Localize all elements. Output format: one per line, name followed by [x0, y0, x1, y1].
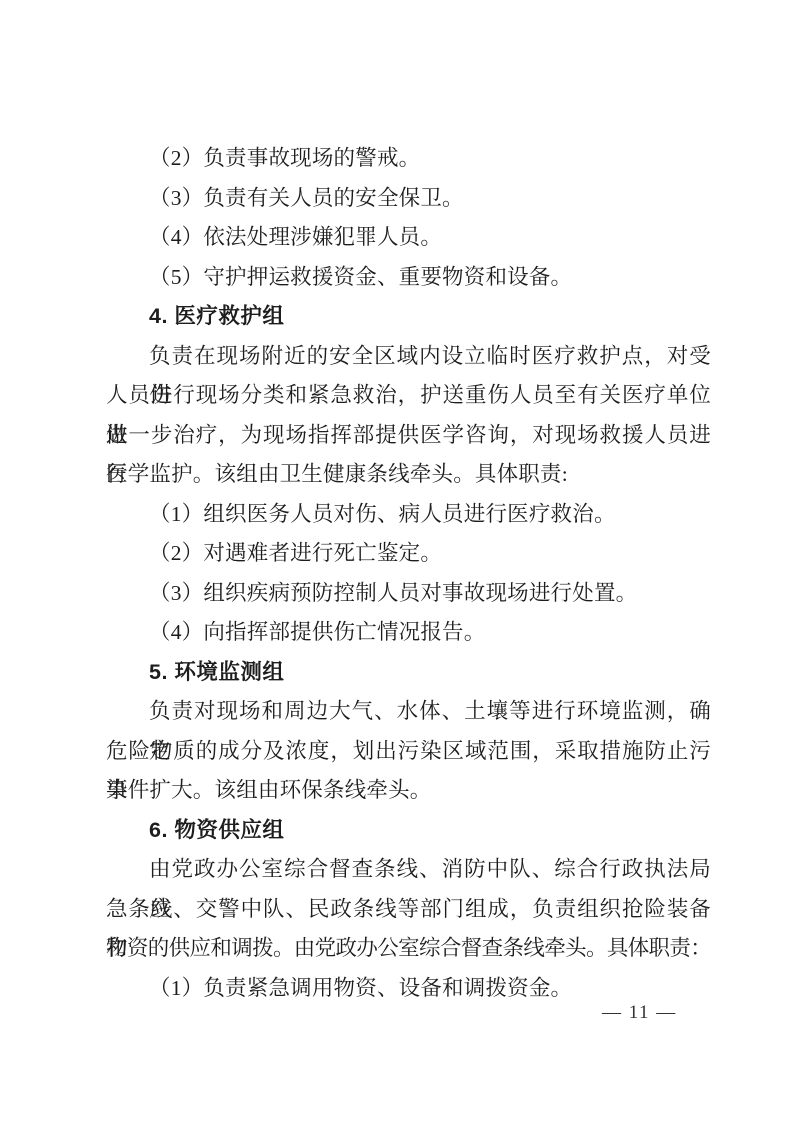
list-item-line: （5）守护押运救援资金、重要物资和设备。 — [106, 258, 711, 298]
paragraph-line: 人员进行现场分类和紧急救治，护送重伤人员至有关医疗单位做 — [106, 376, 711, 416]
paragraph-line: 物资的供应和调拨。由党政办公室综合督查条线牵头。具体职责： — [106, 929, 711, 969]
list-item-line: （2）对遇难者进行死亡鉴定。 — [106, 534, 711, 574]
paragraph-line: 由党政办公室综合督查条线、消防中队、综合行政执法局应 — [106, 850, 711, 890]
list-item-line: （4）向指挥部提供伤亡情况报告。 — [106, 613, 711, 653]
paragraph-line: 事件扩大。该组由环保条线牵头。 — [106, 771, 711, 811]
paragraph-line: 进一步治疗，为现场指挥部提供医学咨询，对现场救援人员进行 — [106, 416, 711, 456]
paragraph-line: 负责对现场和周边大气、水体、土壤等进行环境监测，确定 — [106, 692, 711, 732]
list-item-line: （2）负责事故现场的警戒。 — [106, 139, 711, 179]
paragraph-line: 危险物质的成分及浓度，划出污染区域范围，采取措施防止污染 — [106, 732, 711, 772]
section-heading: 6. 物资供应组 — [106, 811, 711, 851]
paragraph-line: 负责在现场附近的安全区域内设立临时医疗救护点，对受伤 — [106, 337, 711, 377]
section-heading: 4. 医疗救护组 — [106, 297, 711, 337]
list-item-line: （3）负责有关人员的安全保卫。 — [106, 179, 711, 219]
list-item-line: （1）组织医务人员对伤、病人员进行医疗救治。 — [106, 495, 711, 535]
page-number: — 11 — — [602, 1002, 677, 1024]
paragraph-line: 医学监护。该组由卫生健康条线牵头。具体职责: — [106, 455, 711, 495]
paragraph-line: 急条线、交警中队、民政条线等部门组成，负责组织抢险装备和 — [106, 890, 711, 930]
document-content: （2）负责事故现场的警戒。（3）负责有关人员的安全保卫。（4）依法处理涉嫌犯罪人… — [106, 139, 711, 1008]
list-item-line: （3）组织疾病预防控制人员对事故现场进行处置。 — [106, 574, 711, 614]
list-item-line: （4）依法处理涉嫌犯罪人员。 — [106, 218, 711, 258]
section-heading: 5. 环境监测组 — [106, 653, 711, 693]
document-page: （2）负责事故现场的警戒。（3）负责有关人员的安全保卫。（4）依法处理涉嫌犯罪人… — [0, 0, 793, 1122]
